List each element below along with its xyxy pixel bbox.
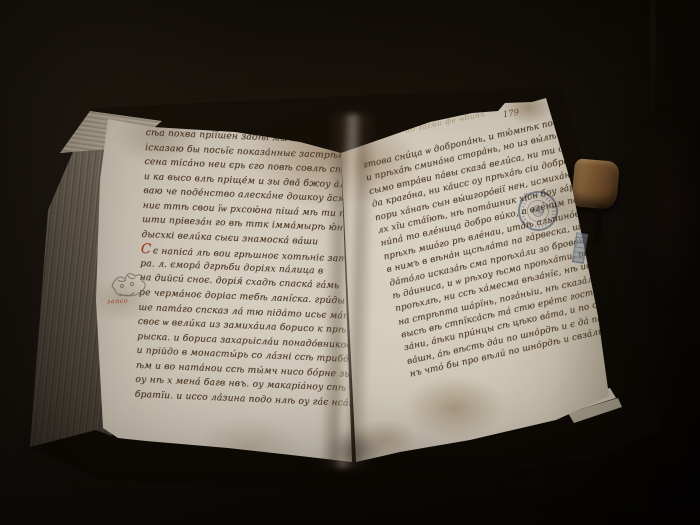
margin-red-caption: запсо [107,298,128,306]
background-reflection [636,105,700,305]
manuscript-photo: 1936 сѣа похва пріїшен задѣі мы колині ѡ… [0,0,700,525]
gutter-bottom-shadow [326,428,382,474]
margin-sketch-icon [106,256,148,300]
left-page-text: сѣа похва пріїшен задѣі мы колині ѡ прѣ … [134,126,347,411]
folio-number: 179 [502,108,520,120]
gutter-fold [319,113,377,468]
